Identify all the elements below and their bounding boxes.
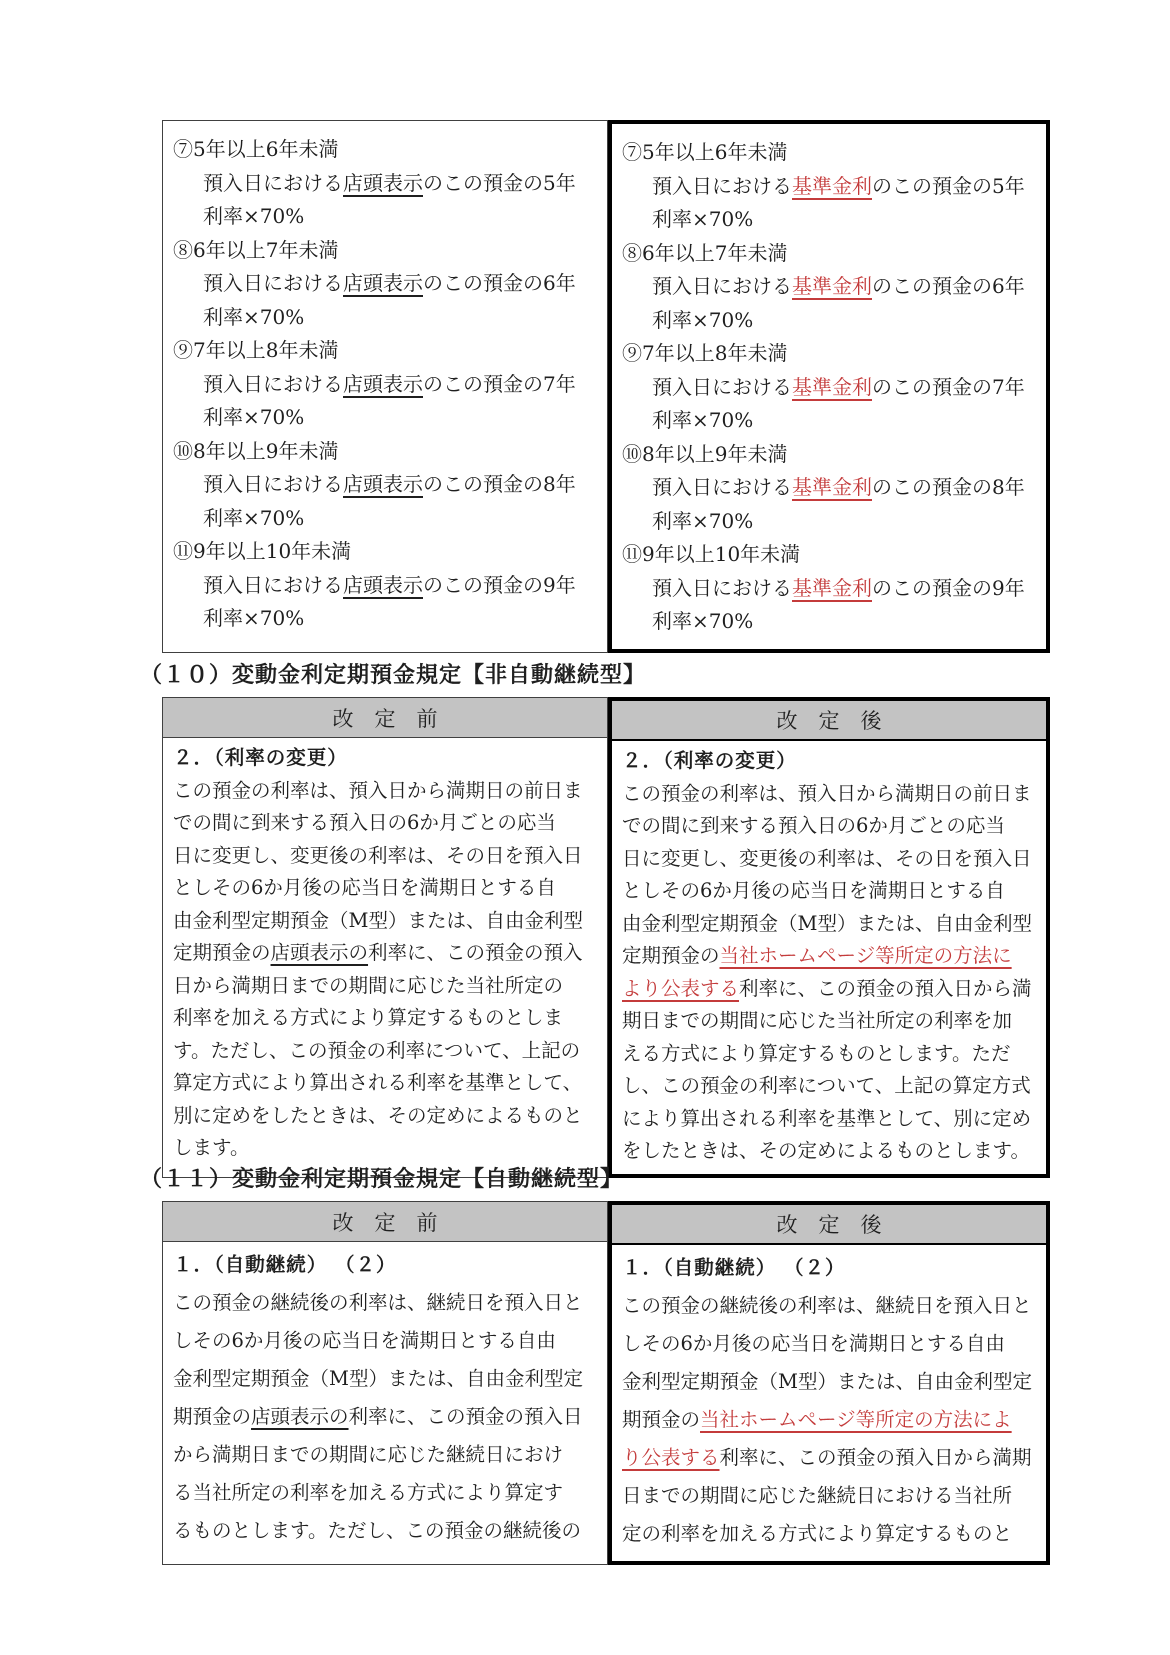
text-run: 算定方式により算出される利率を基準として、 bbox=[173, 1071, 582, 1094]
text-run: 日に変更し、変更後の利率は、その日を預入日 bbox=[622, 847, 1032, 870]
underlined-term: 店頭表示 bbox=[343, 573, 423, 597]
text-run: 定期預金の bbox=[622, 944, 720, 967]
before-header: 改 定 前 bbox=[163, 698, 607, 738]
text-line: ⑧6年以上7年未満 bbox=[173, 234, 601, 268]
revised-term-red: 基準金利 bbox=[792, 174, 872, 198]
section-11-before-body: １．（自動継続） （２）この預金の継続後の利率は、継続日を預入日としその6か月後… bbox=[163, 1242, 607, 1564]
text-run: ⑩8年以上9年未満 bbox=[622, 442, 787, 466]
text-run: 預入日における bbox=[203, 573, 343, 597]
text-line: 別に定めをしたときは、その定めによるものと bbox=[173, 1100, 601, 1133]
text-line: える方式により算定するものとします。ただ bbox=[622, 1038, 1040, 1071]
text-run: 預入日における bbox=[652, 475, 792, 499]
text-line: 預入日における店頭表示のこの預金の7年 bbox=[173, 368, 601, 402]
text-line: し、この預金の利率について、上記の算定方式 bbox=[622, 1070, 1040, 1103]
text-run: 由金利型定期預金（M型）または、自由金利型 bbox=[173, 909, 583, 932]
text-run: この預金の利率は、預入日から満期日の前日ま bbox=[622, 782, 1032, 805]
text-line: 定期預金の当社ホームページ等所定の方法に bbox=[622, 940, 1040, 973]
text-line: ⑩8年以上9年未満 bbox=[622, 438, 1040, 472]
clause-title: ２．（利率の変更） bbox=[622, 749, 797, 772]
underlined-term: 店頭表示 bbox=[343, 372, 423, 396]
text-run: から満期日までの期間に応じた継続日におけ bbox=[173, 1443, 563, 1466]
text-run: 定期預金の bbox=[173, 941, 271, 964]
section-10-table: 改 定 前 ２．（利率の変更）この預金の利率は、預入日から満期日の前日までの間に… bbox=[162, 697, 1050, 1178]
text-run: 利率に、この預金の預入日から満期 bbox=[720, 1446, 1032, 1469]
text-line: この預金の継続後の利率は、継続日を預入日と bbox=[622, 1287, 1040, 1325]
text-run: のこの預金の7年 bbox=[423, 372, 576, 396]
text-line: 金利型定期預金（M型）または、自由金利型定 bbox=[173, 1360, 601, 1398]
revised-term-red: り公表する bbox=[622, 1446, 720, 1469]
document-page: ⑦5年以上6年未満預入日における店頭表示のこの預金の5年利率×70%⑧6年以上7… bbox=[0, 0, 1170, 1655]
text-run: のこの預金の8年 bbox=[423, 472, 576, 496]
text-run: 日から満期日までの期間に応じた当社所定の bbox=[173, 974, 563, 997]
section-10-before-column: 改 定 前 ２．（利率の変更）この預金の利率は、預入日から満期日の前日までの間に… bbox=[162, 697, 608, 1178]
rate-tiers-table: ⑦5年以上6年未満預入日における店頭表示のこの預金の5年利率×70%⑧6年以上7… bbox=[162, 120, 1050, 653]
text-line: この預金の利率は、預入日から満期日の前日ま bbox=[173, 775, 601, 808]
text-run: 金利型定期預金（M型）または、自由金利型定 bbox=[622, 1370, 1032, 1393]
text-line: より公表する利率に、この預金の預入日から満 bbox=[622, 973, 1040, 1006]
text-run: のこの預金の7年 bbox=[872, 375, 1025, 399]
text-line: ２．（利率の変更） bbox=[173, 742, 601, 775]
revised-term-red: より公表する bbox=[622, 977, 739, 1000]
text-run: ⑩8年以上9年未満 bbox=[173, 439, 338, 463]
text-line: 期日までの期間に応じた当社所定の利率を加 bbox=[622, 1005, 1040, 1038]
clause-title: １．（自動継続） （２） bbox=[622, 1256, 846, 1279]
text-run: での間に到来する預入日の6か月ごとの応当 bbox=[622, 814, 1005, 837]
text-line: 利率を加える方式により算定するものとしま bbox=[173, 1002, 601, 1035]
text-run: 定の利率を加える方式により算定するものと bbox=[622, 1522, 1012, 1545]
text-line: １．（自動継続） （２） bbox=[173, 1246, 601, 1284]
revised-term-red: 当社ホームページ等所定の方法によ bbox=[700, 1408, 1012, 1431]
text-line: 日に変更し、変更後の利率は、その日を預入日 bbox=[173, 840, 601, 873]
text-line: としその6か月後の応当日を満期日とする自 bbox=[173, 872, 601, 905]
section-10-after-body: ２．（利率の変更）この預金の利率は、預入日から満期日の前日までの間に到来する預入… bbox=[612, 741, 1046, 1174]
text-line: します。 bbox=[173, 1132, 601, 1165]
text-line: 預入日における店頭表示のこの預金の6年 bbox=[173, 267, 601, 301]
text-run: 預入日における bbox=[652, 274, 792, 298]
text-run: ⑨7年以上8年未満 bbox=[622, 341, 787, 365]
revised-term-red: 基準金利 bbox=[792, 274, 872, 298]
underlined-term: 店頭表示 bbox=[343, 472, 423, 496]
text-run: 別に定めをしたときは、その定めによるものと bbox=[173, 1104, 583, 1127]
text-run: ⑧6年以上7年未満 bbox=[173, 238, 338, 262]
text-line: 利率×70% bbox=[622, 304, 1040, 338]
text-line: から満期日までの期間に応じた継続日におけ bbox=[173, 1436, 601, 1474]
text-line: この預金の継続後の利率は、継続日を預入日と bbox=[173, 1284, 601, 1322]
text-run: しその6か月後の応当日を満期日とする自由 bbox=[622, 1332, 1005, 1355]
text-line: 預入日における店頭表示のこの預金の5年 bbox=[173, 167, 601, 201]
text-line: をしたときは、その定めによるものとします。 bbox=[622, 1135, 1040, 1168]
text-line: す。ただし、この預金の利率について、上記の bbox=[173, 1035, 601, 1068]
text-line: 預入日における基準金利のこの預金の5年 bbox=[622, 170, 1040, 204]
text-line: ⑨7年以上8年未満 bbox=[622, 337, 1040, 371]
text-line: 日から満期日までの期間に応じた当社所定の bbox=[173, 970, 601, 1003]
text-line: 利率×70% bbox=[173, 200, 601, 234]
revised-term-red: 当社ホームページ等所定の方法に bbox=[720, 944, 1012, 967]
text-line: 預入日における店頭表示のこの預金の9年 bbox=[173, 569, 601, 603]
text-run: 預入日における bbox=[203, 372, 343, 396]
text-run: ⑦5年以上6年未満 bbox=[622, 140, 787, 164]
text-line: での間に到来する預入日の6か月ごとの応当 bbox=[622, 810, 1040, 843]
text-run: 預入日における bbox=[203, 171, 343, 195]
text-run: 利率に、この預金の預入日 bbox=[349, 1405, 583, 1428]
text-run: 期預金の bbox=[622, 1408, 700, 1431]
text-line: １．（自動継続） （２） bbox=[622, 1249, 1040, 1287]
text-run: 期預金の bbox=[173, 1405, 251, 1428]
text-line: 算定方式により算出される利率を基準として、 bbox=[173, 1067, 601, 1100]
text-line: しその6か月後の応当日を満期日とする自由 bbox=[622, 1325, 1040, 1363]
text-run: での間に到来する預入日の6か月ごとの応当 bbox=[173, 811, 556, 834]
text-run: ⑦5年以上6年未満 bbox=[173, 137, 338, 161]
text-run: 利率×70% bbox=[652, 408, 753, 432]
text-run: 利率を加える方式により算定するものとしま bbox=[173, 1006, 563, 1029]
text-run: 預入日における bbox=[652, 174, 792, 198]
text-line: ⑦5年以上6年未満 bbox=[622, 136, 1040, 170]
text-run: をしたときは、その定めによるものとします。 bbox=[622, 1139, 1030, 1162]
clause-title: １．（自動継続） （２） bbox=[173, 1253, 397, 1276]
rate-tiers-before-cell: ⑦5年以上6年未満預入日における店頭表示のこの預金の5年利率×70%⑧6年以上7… bbox=[162, 120, 608, 653]
text-run: のこの預金の6年 bbox=[423, 271, 576, 295]
text-run: す。ただし、この預金の利率について、上記の bbox=[173, 1039, 580, 1062]
text-run: ⑪9年以上10年未満 bbox=[173, 539, 351, 563]
text-run: 金利型定期預金（M型）または、自由金利型定 bbox=[173, 1367, 583, 1390]
text-run: この預金の利率は、預入日から満期日の前日ま bbox=[173, 779, 583, 802]
text-line: 利率×70% bbox=[173, 602, 601, 636]
text-run: 預入日における bbox=[652, 375, 792, 399]
text-line: ⑩8年以上9年未満 bbox=[173, 435, 601, 469]
text-line: ２．（利率の変更） bbox=[622, 745, 1040, 778]
text-line: 利率×70% bbox=[173, 502, 601, 536]
underlined-term: 店頭表示の bbox=[271, 941, 369, 964]
section-11-table: 改 定 前 １．（自動継続） （２）この預金の継続後の利率は、継続日を預入日とし… bbox=[162, 1201, 1050, 1565]
text-line: 利率×70% bbox=[173, 301, 601, 335]
text-line: ⑪9年以上10年未満 bbox=[622, 538, 1040, 572]
text-run: 期日までの期間に応じた当社所定の利率を加 bbox=[622, 1009, 1012, 1032]
underlined-term: 店頭表示 bbox=[343, 171, 423, 195]
text-line: 利率×70% bbox=[622, 605, 1040, 639]
text-line: としその6か月後の応当日を満期日とする自 bbox=[622, 875, 1040, 908]
text-run: この預金の継続後の利率は、継続日を預入日と bbox=[622, 1294, 1032, 1317]
text-line: 預入日における基準金利のこの預金の6年 bbox=[622, 270, 1040, 304]
text-line: 由金利型定期預金（M型）または、自由金利型 bbox=[173, 905, 601, 938]
text-run: 由金利型定期預金（M型）または、自由金利型 bbox=[622, 912, 1032, 935]
text-run: ⑪9年以上10年未満 bbox=[622, 542, 800, 566]
text-run: しその6か月後の応当日を満期日とする自由 bbox=[173, 1329, 556, 1352]
section-11-heading: （１１）変動金利定期預金規定【自動継続型】 bbox=[140, 1162, 623, 1193]
text-line: 定の利率を加える方式により算定するものと bbox=[622, 1515, 1040, 1553]
text-run: により算出される利率を基準として、別に定め bbox=[622, 1107, 1031, 1130]
text-run: のこの預金の9年 bbox=[423, 573, 576, 597]
text-run: し、この預金の利率について、上記の算定方式 bbox=[622, 1074, 1031, 1097]
text-line: ⑨7年以上8年未満 bbox=[173, 334, 601, 368]
revised-term-red: 基準金利 bbox=[792, 576, 872, 600]
text-run: としその6か月後の応当日を満期日とする自 bbox=[173, 876, 556, 899]
text-run: 利率×70% bbox=[652, 207, 753, 231]
text-run: 利率×70% bbox=[203, 305, 304, 329]
text-line: 期預金の店頭表示の利率に、この預金の預入日 bbox=[173, 1398, 601, 1436]
text-line: 由金利型定期預金（M型）または、自由金利型 bbox=[622, 908, 1040, 941]
text-run: 日に変更し、変更後の利率は、その日を預入日 bbox=[173, 844, 583, 867]
text-run: のこの預金の9年 bbox=[872, 576, 1025, 600]
text-run: 利率×70% bbox=[203, 204, 304, 228]
text-line: 預入日における基準金利のこの預金の7年 bbox=[622, 371, 1040, 405]
text-line: ⑧6年以上7年未満 bbox=[622, 237, 1040, 271]
text-run: ⑧6年以上7年未満 bbox=[622, 241, 787, 265]
text-run: ⑨7年以上8年未満 bbox=[173, 338, 338, 362]
revised-term-red: 基準金利 bbox=[792, 475, 872, 499]
text-line: により算出される利率を基準として、別に定め bbox=[622, 1103, 1040, 1136]
underlined-term: 店頭表示 bbox=[343, 271, 423, 295]
text-line: 利率×70% bbox=[622, 404, 1040, 438]
text-line: この預金の利率は、預入日から満期日の前日ま bbox=[622, 778, 1040, 811]
text-line: 金利型定期預金（M型）または、自由金利型定 bbox=[622, 1363, 1040, 1401]
text-line: ⑦5年以上6年未満 bbox=[173, 133, 601, 167]
text-line: るものとします。ただし、この預金の継続後の bbox=[173, 1512, 601, 1550]
text-line: 利率×70% bbox=[622, 203, 1040, 237]
section-10-heading: （１０）変動金利定期預金規定【非自動継続型】 bbox=[140, 658, 646, 689]
section-10-after-column: 改 定 後 ２．（利率の変更）この預金の利率は、預入日から満期日の前日までの間に… bbox=[608, 697, 1050, 1178]
after-header: 改 定 後 bbox=[612, 701, 1046, 741]
text-run: この預金の継続後の利率は、継続日を預入日と bbox=[173, 1291, 583, 1314]
text-run: としその6か月後の応当日を満期日とする自 bbox=[622, 879, 1005, 902]
section-11-after-column: 改 定 後 １．（自動継続） （２）この預金の継続後の利率は、継続日を預入日とし… bbox=[608, 1201, 1050, 1565]
after-header: 改 定 後 bbox=[612, 1205, 1046, 1245]
section-11-before-column: 改 定 前 １．（自動継続） （２）この預金の継続後の利率は、継続日を預入日とし… bbox=[162, 1201, 608, 1565]
text-run: 利率×70% bbox=[652, 509, 753, 533]
text-run: るものとします。ただし、この預金の継続後の bbox=[173, 1519, 581, 1542]
text-run: 預入日における bbox=[203, 271, 343, 295]
text-run: します。 bbox=[173, 1136, 249, 1159]
text-run: 利率×70% bbox=[652, 308, 753, 332]
text-line: 利率×70% bbox=[622, 505, 1040, 539]
text-run: 利率×70% bbox=[652, 609, 753, 633]
text-run: 日までの期間に応じた継続日における当社所 bbox=[622, 1484, 1012, 1507]
text-run: のこの預金の8年 bbox=[872, 475, 1025, 499]
section-11-after-body: １．（自動継続） （２）この預金の継続後の利率は、継続日を預入日としその6か月後… bbox=[612, 1245, 1046, 1561]
before-header: 改 定 前 bbox=[163, 1202, 607, 1242]
text-run: 利率×70% bbox=[203, 506, 304, 530]
text-run: のこの預金の6年 bbox=[872, 274, 1025, 298]
text-run: のこの預金の5年 bbox=[872, 174, 1025, 198]
text-run: 利率に、この預金の預入 bbox=[368, 941, 583, 964]
text-line: 日までの期間に応じた継続日における当社所 bbox=[622, 1477, 1040, 1515]
text-line: 定期預金の店頭表示の利率に、この預金の預入 bbox=[173, 937, 601, 970]
text-line: での間に到来する預入日の6か月ごとの応当 bbox=[173, 807, 601, 840]
text-line: 期預金の当社ホームページ等所定の方法によ bbox=[622, 1401, 1040, 1439]
text-line: 預入日における基準金利のこの預金の8年 bbox=[622, 471, 1040, 505]
text-line: 預入日における店頭表示のこの預金の8年 bbox=[173, 468, 601, 502]
text-run: のこの預金の5年 bbox=[423, 171, 576, 195]
text-line: り公表する利率に、この預金の預入日から満期 bbox=[622, 1439, 1040, 1477]
section-10-before-body: ２．（利率の変更）この預金の利率は、預入日から満期日の前日までの間に到来する預入… bbox=[163, 738, 607, 1177]
text-line: 日に変更し、変更後の利率は、その日を預入日 bbox=[622, 843, 1040, 876]
text-run: 利率に、この預金の預入日から満 bbox=[739, 977, 1032, 1000]
text-line: る当社所定の利率を加える方式により算定す bbox=[173, 1474, 601, 1512]
text-run: 利率×70% bbox=[203, 405, 304, 429]
text-run: える方式により算定するものとします。ただ bbox=[622, 1042, 1010, 1065]
text-run: 預入日における bbox=[203, 472, 343, 496]
text-line: 預入日における基準金利のこの預金の9年 bbox=[622, 572, 1040, 606]
clause-title: ２．（利率の変更） bbox=[173, 746, 348, 769]
text-line: ⑪9年以上10年未満 bbox=[173, 535, 601, 569]
text-run: る当社所定の利率を加える方式により算定す bbox=[173, 1481, 563, 1504]
text-line: しその6か月後の応当日を満期日とする自由 bbox=[173, 1322, 601, 1360]
rate-tiers-after-cell: ⑦5年以上6年未満預入日における基準金利のこの預金の5年利率×70%⑧6年以上7… bbox=[608, 120, 1050, 653]
underlined-term: 店頭表示の bbox=[251, 1405, 349, 1428]
text-run: 預入日における bbox=[652, 576, 792, 600]
text-line: 利率×70% bbox=[173, 401, 601, 435]
revised-term-red: 基準金利 bbox=[792, 375, 872, 399]
text-run: 利率×70% bbox=[203, 606, 304, 630]
